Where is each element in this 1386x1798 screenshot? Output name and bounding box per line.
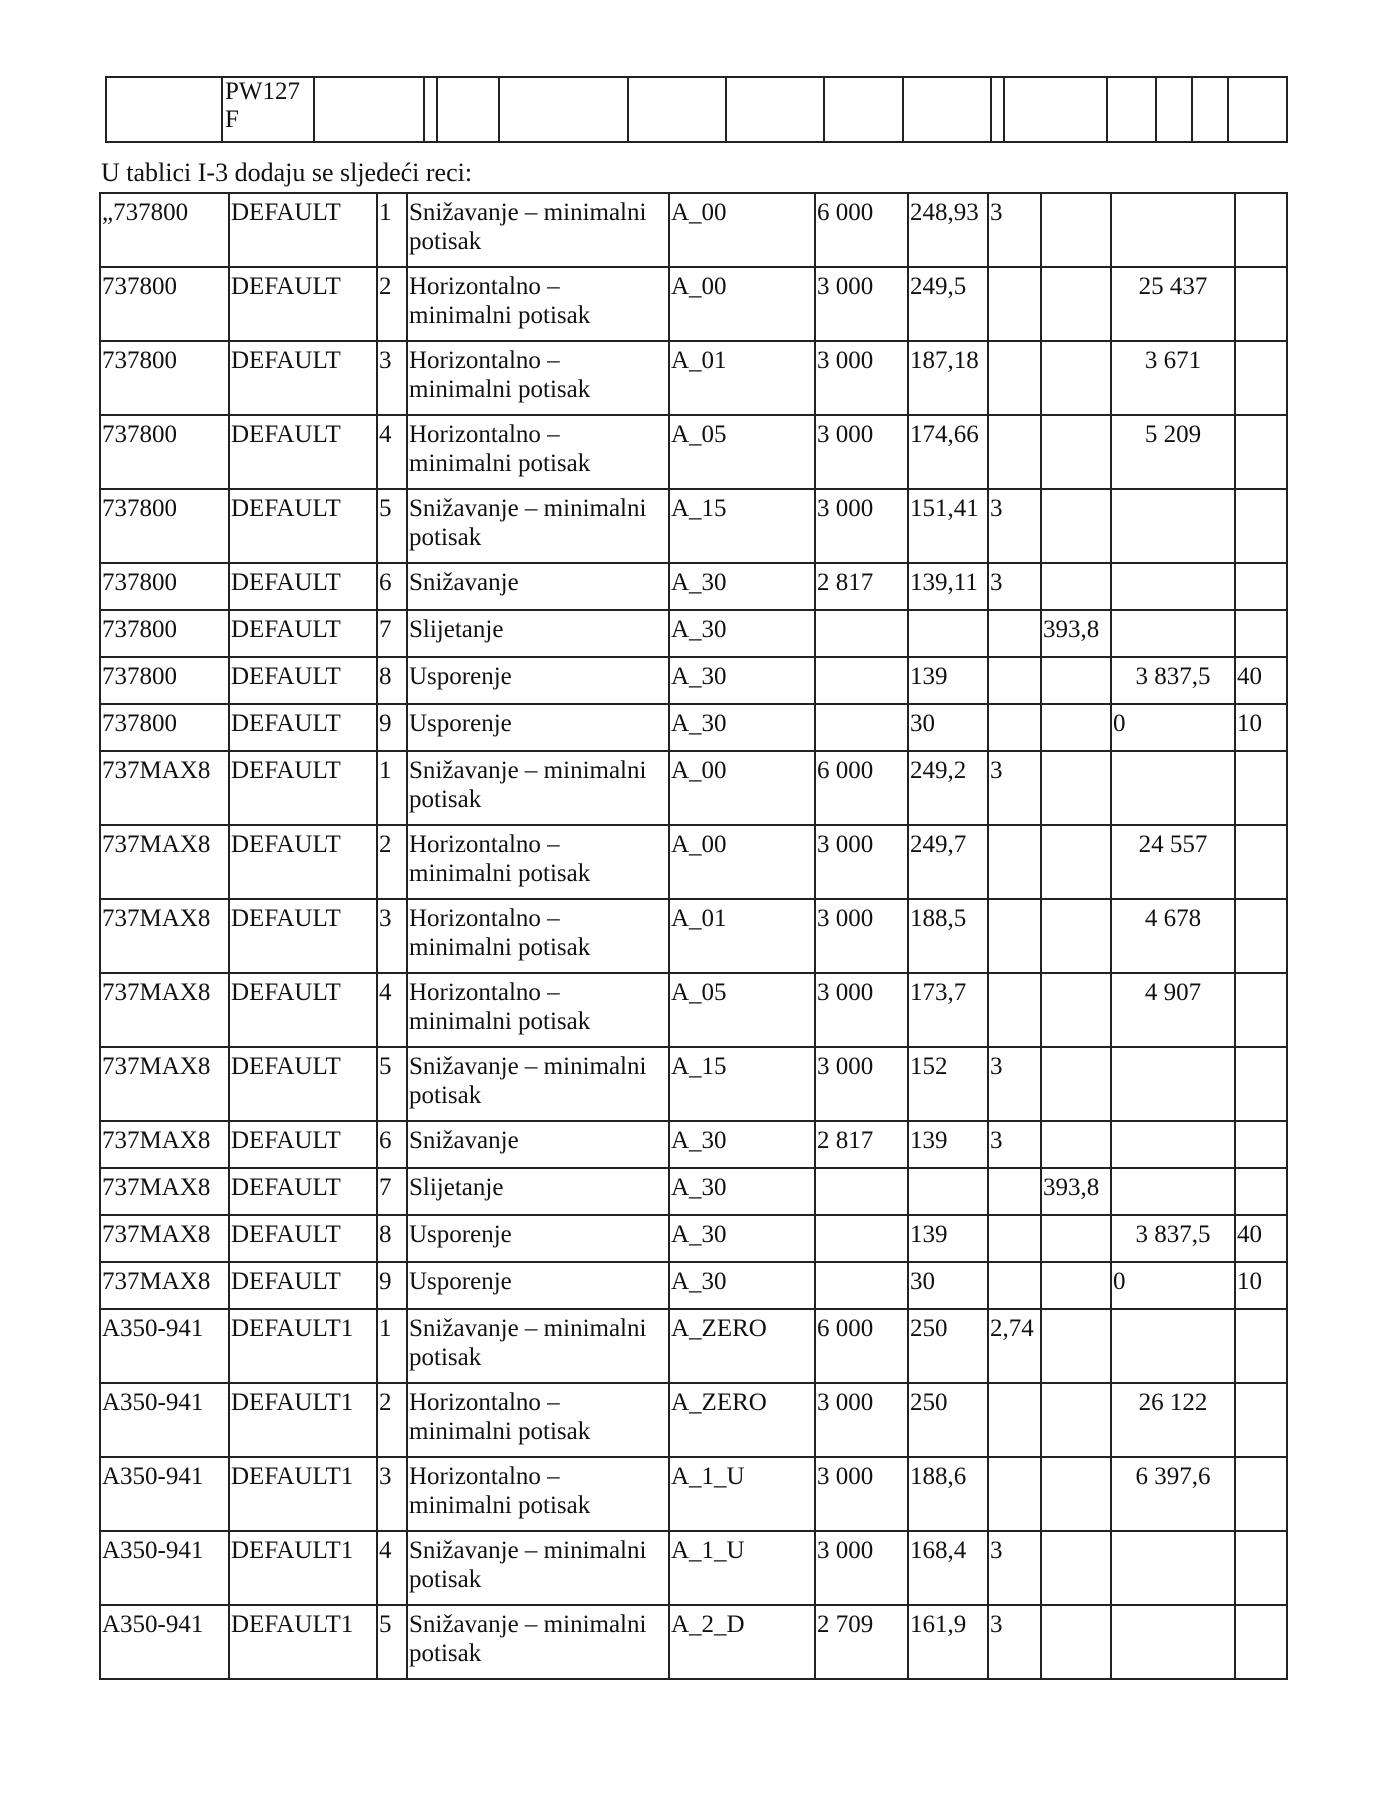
cell-descent-angle: 2,74 xyxy=(988,1309,1041,1383)
cell-step: 1 xyxy=(377,751,407,825)
cell-thrust xyxy=(1235,193,1287,267)
cell-profile-id: DEFAULT1 xyxy=(229,1531,377,1605)
cell-thrust xyxy=(1235,751,1287,825)
cell-step: 7 xyxy=(377,610,407,657)
previous-table-cell xyxy=(1107,77,1156,142)
cell-operation: Horizontalno – minimalni potisak xyxy=(407,973,669,1047)
table-row: 737MAX8DEFAULT1Snižavanje – minimalni po… xyxy=(100,751,1287,825)
cell-touchdown-roll xyxy=(1041,341,1111,415)
cell-operation: Snižavanje – minimalni potisak xyxy=(407,489,669,563)
cell-aircraft-type: 737800 xyxy=(100,610,229,657)
cell-touchdown-roll xyxy=(1041,751,1111,825)
cell-aircraft-type: 737800 xyxy=(100,657,229,704)
cell-touchdown-roll: 393,8 xyxy=(1041,1168,1111,1215)
cell-start-point xyxy=(1111,610,1235,657)
cell-step: 4 xyxy=(377,415,407,489)
cell-descent-angle: 3 xyxy=(988,1531,1041,1605)
cell-cas: 139 xyxy=(908,1121,988,1168)
cell-end-point xyxy=(815,657,908,704)
cell-aircraft-type: 737MAX8 xyxy=(100,899,229,973)
cell-flap-id: A_00 xyxy=(669,825,815,899)
cell-thrust xyxy=(1235,267,1287,341)
cell-end-point: 6 000 xyxy=(815,751,908,825)
cell-thrust xyxy=(1235,610,1287,657)
cell-operation: Snižavanje – minimalni potisak xyxy=(407,1309,669,1383)
cell-flap-id: A_30 xyxy=(669,563,815,610)
cell-profile-id: DEFAULT xyxy=(229,825,377,899)
cell-step: 2 xyxy=(377,825,407,899)
cell-flap-id: A_30 xyxy=(669,657,815,704)
table-row: 737MAX8DEFAULT8UsporenjeA_301393 837,540 xyxy=(100,1215,1287,1262)
cell-operation: Horizontalno – minimalni potisak xyxy=(407,899,669,973)
cell-profile-id: DEFAULT1 xyxy=(229,1457,377,1531)
cell-cas: 151,41 xyxy=(908,489,988,563)
cell-touchdown-roll xyxy=(1041,1047,1111,1121)
cell-profile-id: DEFAULT1 xyxy=(229,1309,377,1383)
cell-operation: Slijetanje xyxy=(407,610,669,657)
cell-start-point xyxy=(1111,1121,1235,1168)
cell-cas: 30 xyxy=(908,704,988,751)
cell-flap-id: A_05 xyxy=(669,415,815,489)
cell-thrust xyxy=(1235,1121,1287,1168)
cell-operation: Usporenje xyxy=(407,1262,669,1309)
cell-step: 8 xyxy=(377,1215,407,1262)
cell-thrust: 10 xyxy=(1235,1262,1287,1309)
cell-cas: 188,5 xyxy=(908,899,988,973)
cell-start-point xyxy=(1111,563,1235,610)
cell-profile-id: DEFAULT xyxy=(229,610,377,657)
cell-cas xyxy=(908,1168,988,1215)
cell-aircraft-type: 737MAX8 xyxy=(100,1215,229,1262)
cell-profile-id: DEFAULT xyxy=(229,341,377,415)
cell-profile-id: DEFAULT xyxy=(229,415,377,489)
cell-flap-id: A_30 xyxy=(669,610,815,657)
cell-step: 8 xyxy=(377,657,407,704)
cell-thrust xyxy=(1235,1168,1287,1215)
cell-profile-id: DEFAULT1 xyxy=(229,1605,377,1679)
table-row: 737MAX8DEFAULT5Snižavanje – minimalni po… xyxy=(100,1047,1287,1121)
cell-end-point xyxy=(815,1262,908,1309)
table-row: 737800DEFAULT9UsporenjeA_3030010 xyxy=(100,704,1287,751)
cell-thrust: 40 xyxy=(1235,657,1287,704)
cell-step: 4 xyxy=(377,973,407,1047)
cell-start-point xyxy=(1111,1047,1235,1121)
cell-aircraft-type: 737MAX8 xyxy=(100,751,229,825)
cell-aircraft-type: 737MAX8 xyxy=(100,1168,229,1215)
table-row: 737MAX8DEFAULT6SnižavanjeA_302 8171393 xyxy=(100,1121,1287,1168)
cell-touchdown-roll xyxy=(1041,415,1111,489)
table-row: 737800DEFAULT5Snižavanje – minimalni pot… xyxy=(100,489,1287,563)
cell-end-point xyxy=(815,704,908,751)
table-row: 737MAX8DEFAULT4Horizontalno – minimalni … xyxy=(100,973,1287,1047)
cell-aircraft-type: „737800 xyxy=(100,193,229,267)
cell-touchdown-roll xyxy=(1041,1262,1111,1309)
table-row: 737800DEFAULT6SnižavanjeA_302 817139,113 xyxy=(100,563,1287,610)
cell-aircraft-type: 737800 xyxy=(100,267,229,341)
cell-descent-angle xyxy=(988,973,1041,1047)
table-row: A350-941DEFAULT14Snižavanje – minimalni … xyxy=(100,1531,1287,1605)
cell-descent-angle xyxy=(988,1457,1041,1531)
cell-profile-id: DEFAULT1 xyxy=(229,1383,377,1457)
previous-table-cell xyxy=(499,77,628,142)
cell-aircraft-type: 737800 xyxy=(100,415,229,489)
cell-touchdown-roll xyxy=(1041,899,1111,973)
cell-flap-id: A_ZERO xyxy=(669,1309,815,1383)
cell-start-point xyxy=(1111,1309,1235,1383)
cell-operation: Snižavanje – minimalni potisak xyxy=(407,1047,669,1121)
cell-descent-angle: 3 xyxy=(988,489,1041,563)
cell-aircraft-type: 737MAX8 xyxy=(100,1262,229,1309)
cell-start-point xyxy=(1111,193,1235,267)
cell-thrust xyxy=(1235,1457,1287,1531)
cell-operation: Horizontalno – minimalni potisak xyxy=(407,1383,669,1457)
cell-profile-id: DEFAULT xyxy=(229,704,377,751)
table-row: A350-941DEFAULT11Snižavanje – minimalni … xyxy=(100,1309,1287,1383)
cell-cas: 188,6 xyxy=(908,1457,988,1531)
cell-step: 9 xyxy=(377,704,407,751)
cell-step: 3 xyxy=(377,899,407,973)
cell-descent-angle xyxy=(988,899,1041,973)
cell-descent-angle xyxy=(988,704,1041,751)
cell-thrust xyxy=(1235,1309,1287,1383)
cell-end-point: 6 000 xyxy=(815,1309,908,1383)
cell-descent-angle xyxy=(988,657,1041,704)
previous-table-cell xyxy=(903,77,991,142)
cell-end-point: 3 000 xyxy=(815,415,908,489)
cell-profile-id: DEFAULT xyxy=(229,267,377,341)
cell-cas: 248,93 xyxy=(908,193,988,267)
cell-touchdown-roll xyxy=(1041,1121,1111,1168)
cell-descent-angle: 3 xyxy=(988,751,1041,825)
cell-step: 5 xyxy=(377,1047,407,1121)
cell-aircraft-type: 737800 xyxy=(100,704,229,751)
cell-flap-id: A_ZERO xyxy=(669,1383,815,1457)
cell-end-point: 3 000 xyxy=(815,341,908,415)
cell-cas: 161,9 xyxy=(908,1605,988,1679)
cell-end-point xyxy=(815,1168,908,1215)
cell-aircraft-type: 737MAX8 xyxy=(100,1047,229,1121)
cell-aircraft-type: A350-941 xyxy=(100,1309,229,1383)
cell-touchdown-roll xyxy=(1041,704,1111,751)
cell-touchdown-roll xyxy=(1041,1531,1111,1605)
cell-step: 6 xyxy=(377,1121,407,1168)
cell-thrust xyxy=(1235,563,1287,610)
cell-start-point xyxy=(1111,1531,1235,1605)
cell-thrust: 40 xyxy=(1235,1215,1287,1262)
cell-profile-id: DEFAULT xyxy=(229,1262,377,1309)
table-i3-additions: „737800DEFAULT1Snižavanje – minimalni po… xyxy=(99,192,1288,1680)
cell-flap-id: A_00 xyxy=(669,193,815,267)
cell-start-point xyxy=(1111,1168,1235,1215)
cell-cas xyxy=(908,610,988,657)
cell-flap-id: A_30 xyxy=(669,1215,815,1262)
table-row: 737800DEFAULT2Horizontalno – minimalni p… xyxy=(100,267,1287,341)
cell-operation: Snižavanje xyxy=(407,563,669,610)
cell-operation: Horizontalno – minimalni potisak xyxy=(407,1457,669,1531)
cell-profile-id: DEFAULT xyxy=(229,899,377,973)
cell-operation: Horizontalno – minimalni potisak xyxy=(407,415,669,489)
cell-cas: 249,5 xyxy=(908,267,988,341)
cell-flap-id: A_1_U xyxy=(669,1531,815,1605)
cell-profile-id: DEFAULT xyxy=(229,563,377,610)
cell-operation: Horizontalno – minimalni potisak xyxy=(407,267,669,341)
cell-aircraft-type: 737800 xyxy=(100,489,229,563)
cell-thrust xyxy=(1235,1531,1287,1605)
previous-table-cell xyxy=(424,77,437,142)
cell-aircraft-type: 737MAX8 xyxy=(100,825,229,899)
cell-touchdown-roll xyxy=(1041,563,1111,610)
previous-table-cell xyxy=(437,77,499,142)
cell-descent-angle: 3 xyxy=(988,563,1041,610)
cell-cas: 173,7 xyxy=(908,973,988,1047)
table-body: „737800DEFAULT1Snižavanje – minimalni po… xyxy=(100,193,1287,1679)
cell-flap-id: A_15 xyxy=(669,1047,815,1121)
previous-table-cell xyxy=(1004,77,1107,142)
table-row: A350-941DEFAULT13Horizontalno – minimaln… xyxy=(100,1457,1287,1531)
cell-step: 6 xyxy=(377,563,407,610)
previous-table-cell xyxy=(1156,77,1192,142)
cell-profile-id: DEFAULT xyxy=(229,973,377,1047)
cell-thrust xyxy=(1235,1605,1287,1679)
cell-profile-id: DEFAULT xyxy=(229,489,377,563)
cell-end-point: 3 000 xyxy=(815,267,908,341)
cell-end-point: 2 817 xyxy=(815,563,908,610)
cell-end-point: 6 000 xyxy=(815,193,908,267)
cell-descent-angle xyxy=(988,341,1041,415)
cell-end-point: 3 000 xyxy=(815,1383,908,1457)
cell-descent-angle xyxy=(988,1215,1041,1262)
cell-touchdown-roll xyxy=(1041,1215,1111,1262)
cell-start-point: 4 907 xyxy=(1111,973,1235,1047)
cell-thrust xyxy=(1235,489,1287,563)
cell-end-point: 3 000 xyxy=(815,1531,908,1605)
cell-end-point: 3 000 xyxy=(815,1047,908,1121)
cell-profile-id: DEFAULT xyxy=(229,1215,377,1262)
cell-flap-id: A_00 xyxy=(669,751,815,825)
cell-aircraft-type: A350-941 xyxy=(100,1531,229,1605)
cell-profile-id: DEFAULT xyxy=(229,1121,377,1168)
cell-profile-id: DEFAULT xyxy=(229,193,377,267)
cell-start-point xyxy=(1111,751,1235,825)
cell-start-point: 25 437 xyxy=(1111,267,1235,341)
cell-start-point: 3 837,5 xyxy=(1111,1215,1235,1262)
previous-table-cell xyxy=(991,77,1004,142)
cell-start-point: 6 397,6 xyxy=(1111,1457,1235,1531)
cell-touchdown-roll xyxy=(1041,1457,1111,1531)
cell-start-point: 24 557 xyxy=(1111,825,1235,899)
cell-end-point: 3 000 xyxy=(815,489,908,563)
cell-aircraft-type: A350-941 xyxy=(100,1605,229,1679)
cell-flap-id: A_2_D xyxy=(669,1605,815,1679)
table-row: A350-941DEFAULT15Snižavanje – minimalni … xyxy=(100,1605,1287,1679)
cell-aircraft-type: 737MAX8 xyxy=(100,973,229,1047)
cell-descent-angle xyxy=(988,1168,1041,1215)
cell-thrust xyxy=(1235,1383,1287,1457)
cell-start-point: 0 xyxy=(1111,704,1235,751)
cell-step: 5 xyxy=(377,489,407,563)
cell-touchdown-roll xyxy=(1041,825,1111,899)
cell-touchdown-roll xyxy=(1041,193,1111,267)
cell-operation: Snižavanje – minimalni potisak xyxy=(407,1531,669,1605)
previous-table-cell xyxy=(824,77,903,142)
cell-descent-angle: 3 xyxy=(988,1605,1041,1679)
table-row: 737MAX8DEFAULT7SlijetanjeA_30393,8 xyxy=(100,1168,1287,1215)
cell-thrust: 10 xyxy=(1235,704,1287,751)
cell-profile-id: DEFAULT xyxy=(229,1047,377,1121)
cell-profile-id: DEFAULT xyxy=(229,751,377,825)
cell-end-point xyxy=(815,610,908,657)
intro-text: U tablici I-3 dodaju se sljedeći reci: xyxy=(101,158,472,188)
cell-cas: 30 xyxy=(908,1262,988,1309)
table-row: 737800DEFAULT7SlijetanjeA_30393,8 xyxy=(100,610,1287,657)
cell-flap-id: A_00 xyxy=(669,267,815,341)
cell-descent-angle: 3 xyxy=(988,1121,1041,1168)
cell-end-point: 3 000 xyxy=(815,1457,908,1531)
cell-aircraft-type: 737800 xyxy=(100,341,229,415)
cell-step: 4 xyxy=(377,1531,407,1605)
table-row: „737800DEFAULT1Snižavanje – minimalni po… xyxy=(100,193,1287,267)
cell-start-point: 0 xyxy=(1111,1262,1235,1309)
cell-profile-id: DEFAULT xyxy=(229,657,377,704)
cell-operation: Usporenje xyxy=(407,657,669,704)
cell-end-point xyxy=(815,1215,908,1262)
cell-end-point: 3 000 xyxy=(815,973,908,1047)
cell-start-point: 26 122 xyxy=(1111,1383,1235,1457)
cell-operation: Snižavanje – minimalni potisak xyxy=(407,751,669,825)
previous-table-cell xyxy=(1228,77,1287,142)
cell-cas: 250 xyxy=(908,1383,988,1457)
cell-flap-id: A_30 xyxy=(669,1262,815,1309)
cell-aircraft-type: A350-941 xyxy=(100,1383,229,1457)
cell-step: 2 xyxy=(377,267,407,341)
table-row: 737800DEFAULT8UsporenjeA_301393 837,540 xyxy=(100,657,1287,704)
cell-cas: 139,11 xyxy=(908,563,988,610)
previous-table-cell: PW127F xyxy=(222,77,314,142)
cell-operation: Horizontalno – minimalni potisak xyxy=(407,341,669,415)
cell-cas: 250 xyxy=(908,1309,988,1383)
previous-table-cell xyxy=(314,77,424,142)
cell-thrust xyxy=(1235,899,1287,973)
cell-start-point: 4 678 xyxy=(1111,899,1235,973)
cell-operation: Snižavanje – minimalni potisak xyxy=(407,1605,669,1679)
cell-thrust xyxy=(1235,973,1287,1047)
previous-table-cell xyxy=(106,77,222,142)
cell-cas: 249,7 xyxy=(908,825,988,899)
cell-aircraft-type: 737800 xyxy=(100,563,229,610)
cell-start-point: 5 209 xyxy=(1111,415,1235,489)
cell-touchdown-roll xyxy=(1041,657,1111,704)
cell-cas: 152 xyxy=(908,1047,988,1121)
cell-flap-id: A_01 xyxy=(669,341,815,415)
cell-cas: 187,18 xyxy=(908,341,988,415)
table-row: 737800DEFAULT3Horizontalno – minimalni p… xyxy=(100,341,1287,415)
cell-flap-id: A_15 xyxy=(669,489,815,563)
cell-descent-angle xyxy=(988,610,1041,657)
previous-table-fragment: PW127F xyxy=(105,76,1288,143)
cell-end-point: 3 000 xyxy=(815,899,908,973)
previous-table-cell xyxy=(1192,77,1228,142)
cell-cas: 139 xyxy=(908,1215,988,1262)
cell-start-point: 3 837,5 xyxy=(1111,657,1235,704)
cell-touchdown-roll xyxy=(1041,1309,1111,1383)
cell-operation: Snižavanje xyxy=(407,1121,669,1168)
cell-descent-angle xyxy=(988,825,1041,899)
cell-cas: 139 xyxy=(908,657,988,704)
cell-touchdown-roll xyxy=(1041,1383,1111,1457)
cell-step: 1 xyxy=(377,1309,407,1383)
cell-cas: 168,4 xyxy=(908,1531,988,1605)
cell-step: 5 xyxy=(377,1605,407,1679)
cell-operation: Usporenje xyxy=(407,704,669,751)
cell-start-point xyxy=(1111,489,1235,563)
cell-touchdown-roll xyxy=(1041,1605,1111,1679)
cell-operation: Horizontalno – minimalni potisak xyxy=(407,825,669,899)
cell-touchdown-roll: 393,8 xyxy=(1041,610,1111,657)
cell-flap-id: A_01 xyxy=(669,899,815,973)
cell-thrust xyxy=(1235,825,1287,899)
cell-operation: Snižavanje – minimalni potisak xyxy=(407,193,669,267)
cell-operation: Usporenje xyxy=(407,1215,669,1262)
cell-thrust xyxy=(1235,415,1287,489)
cell-step: 7 xyxy=(377,1168,407,1215)
table-row: 737800DEFAULT4Horizontalno – minimalni p… xyxy=(100,415,1287,489)
cell-step: 1 xyxy=(377,193,407,267)
previous-table-row: PW127F xyxy=(106,77,1287,142)
cell-flap-id: A_30 xyxy=(669,1121,815,1168)
cell-descent-angle: 3 xyxy=(988,193,1041,267)
cell-descent-angle xyxy=(988,415,1041,489)
cell-flap-id: A_30 xyxy=(669,704,815,751)
cell-end-point: 2 817 xyxy=(815,1121,908,1168)
cell-aircraft-type: 737MAX8 xyxy=(100,1121,229,1168)
table-row: 737MAX8DEFAULT3Horizontalno – minimalni … xyxy=(100,899,1287,973)
cell-cas: 249,2 xyxy=(908,751,988,825)
cell-cas: 174,66 xyxy=(908,415,988,489)
cell-flap-id: A_1_U xyxy=(669,1457,815,1531)
cell-operation: Slijetanje xyxy=(407,1168,669,1215)
cell-step: 9 xyxy=(377,1262,407,1309)
cell-start-point: 3 671 xyxy=(1111,341,1235,415)
cell-step: 2 xyxy=(377,1383,407,1457)
previous-table-cell xyxy=(726,77,824,142)
cell-descent-angle xyxy=(988,1383,1041,1457)
cell-end-point: 2 709 xyxy=(815,1605,908,1679)
cell-touchdown-roll xyxy=(1041,973,1111,1047)
cell-step: 3 xyxy=(377,1457,407,1531)
cell-flap-id: A_05 xyxy=(669,973,815,1047)
table-row: A350-941DEFAULT12Horizontalno – minimaln… xyxy=(100,1383,1287,1457)
cell-thrust xyxy=(1235,1047,1287,1121)
cell-end-point: 3 000 xyxy=(815,825,908,899)
cell-descent-angle xyxy=(988,1262,1041,1309)
cell-descent-angle: 3 xyxy=(988,1047,1041,1121)
cell-start-point xyxy=(1111,1605,1235,1679)
table-row: 737MAX8DEFAULT9UsporenjeA_3030010 xyxy=(100,1262,1287,1309)
cell-touchdown-roll xyxy=(1041,267,1111,341)
cell-step: 3 xyxy=(377,341,407,415)
previous-table-cell xyxy=(628,77,726,142)
cell-flap-id: A_30 xyxy=(669,1168,815,1215)
table-row: 737MAX8DEFAULT2Horizontalno – minimalni … xyxy=(100,825,1287,899)
cell-aircraft-type: A350-941 xyxy=(100,1457,229,1531)
cell-thrust xyxy=(1235,341,1287,415)
cell-touchdown-roll xyxy=(1041,489,1111,563)
cell-profile-id: DEFAULT xyxy=(229,1168,377,1215)
cell-descent-angle xyxy=(988,267,1041,341)
